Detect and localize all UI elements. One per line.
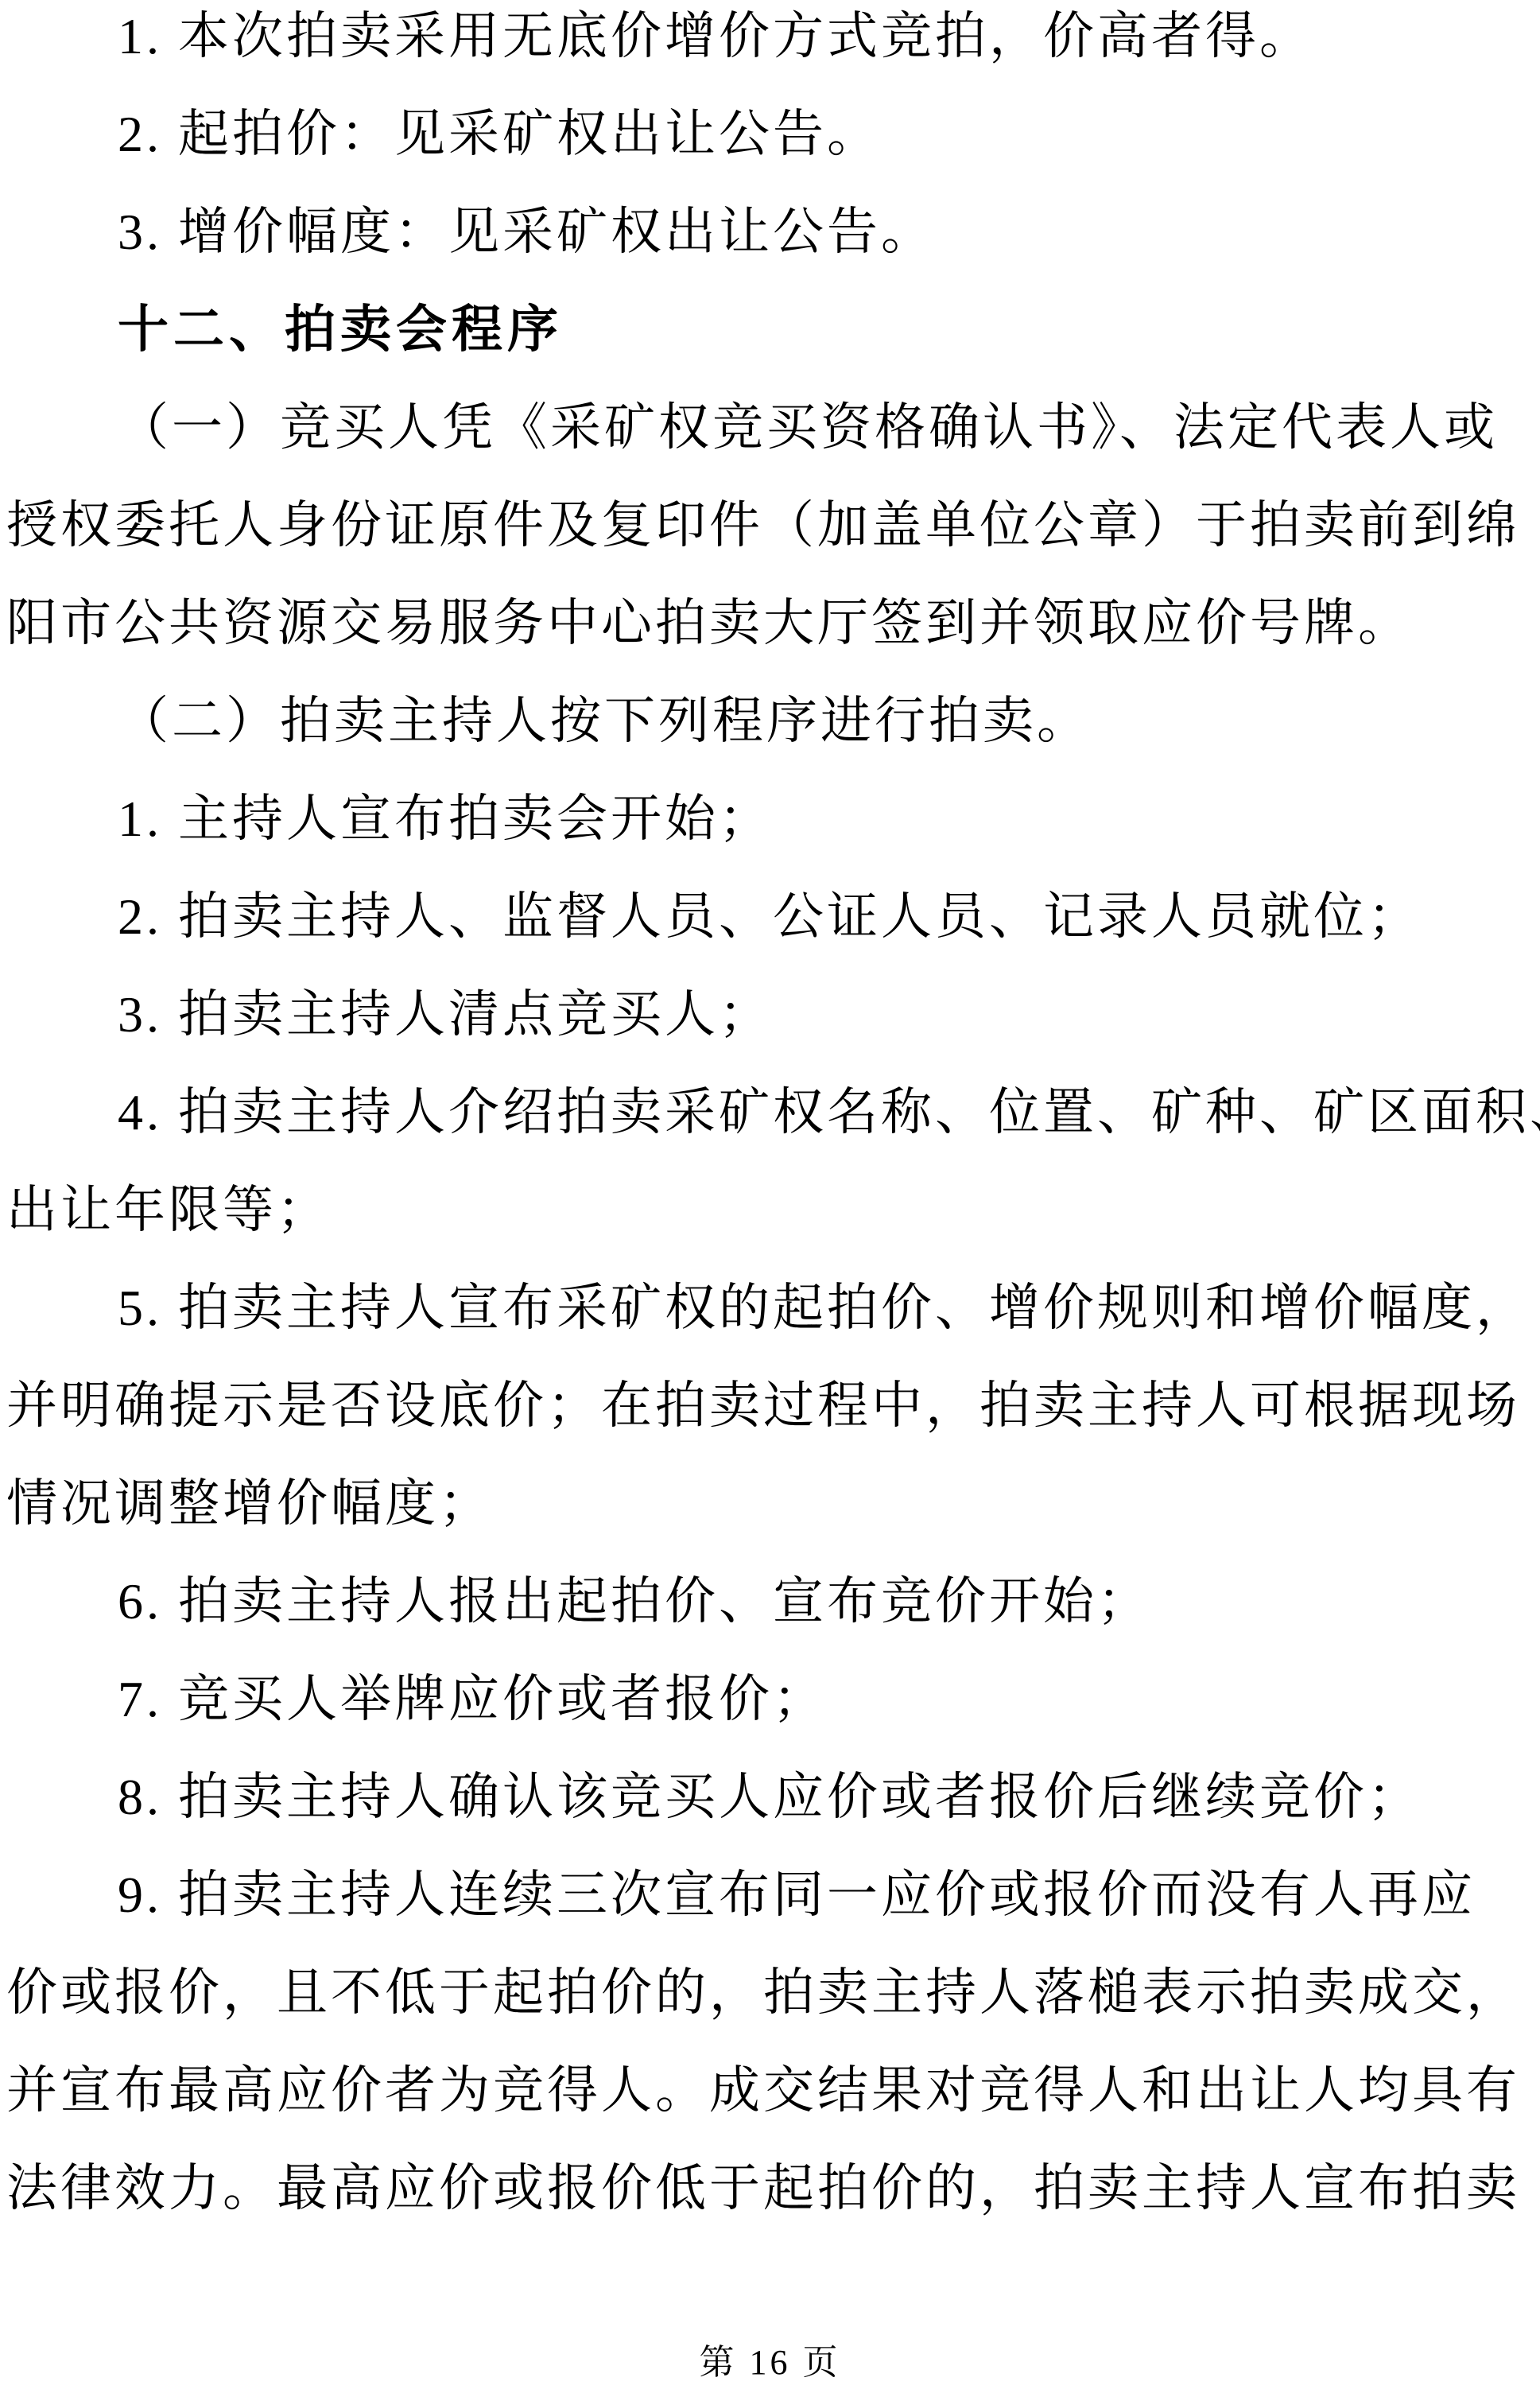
paragraph-continuation-line: 授权委托人身份证原件及复印件（加盖单位公章）于拍卖前到绵 (6, 476, 1540, 574)
document-body: 1. 本次拍卖采用无底价增价方式竞拍，价高者得。 2. 起拍价：见采矿权出让公告… (6, 0, 1540, 2237)
numbered-item-line: 2. 拍卖主持人、监督人员、公证人员、记录人员就位； (6, 868, 1540, 965)
numbered-item-line: 1. 主持人宣布拍卖会开始； (6, 770, 1540, 868)
section-heading: 十二、拍卖会程序 (6, 281, 1540, 379)
paragraph-continuation-line: 并明确提示是否设底价；在拍卖过程中，拍卖主持人可根据现场 (6, 1357, 1540, 1455)
numbered-item-line: 5. 拍卖主持人宣布采矿权的起拍价、增价规则和增价幅度， (6, 1259, 1540, 1357)
numbered-item-line: 7. 竞买人举牌应价或者报价； (6, 1650, 1540, 1748)
document-page: 1. 本次拍卖采用无底价增价方式竞拍，价高者得。 2. 起拍价：见采矿权出让公告… (0, 0, 1540, 2393)
paragraph-continuation-line: 价或报价，且不低于起拍价的，拍卖主持人落槌表示拍卖成交， (6, 1944, 1540, 2041)
numbered-item-line: 1. 本次拍卖采用无底价增价方式竞拍，价高者得。 (6, 0, 1540, 85)
paragraph-continuation-line: 情况调整增价幅度； (6, 1455, 1540, 1552)
page-footer: 第 16 页 (0, 2341, 1540, 2384)
paragraph-continuation-line: 法律效力。最高应价或报价低于起拍价的，拍卖主持人宣布拍卖 (6, 2139, 1540, 2237)
numbered-item-line: 4. 拍卖主持人介绍拍卖采矿权名称、位置、矿种、矿区面积、 (6, 1063, 1540, 1161)
page-number: 第 16 页 (700, 2343, 841, 2382)
numbered-item-line: 2. 起拍价：见采矿权出让公告。 (6, 85, 1540, 183)
paragraph-continuation-line: 阳市公共资源交易服务中心拍卖大厅签到并领取应价号牌。 (6, 574, 1540, 672)
paragraph-first-line: （一）竞买人凭《采矿权竞买资格确认书》、法定代表人或 (6, 379, 1540, 476)
numbered-item-line: 6. 拍卖主持人报出起拍价、宣布竞价开始； (6, 1552, 1540, 1650)
numbered-item-line: 3. 拍卖主持人清点竞买人； (6, 965, 1540, 1063)
numbered-item-line: 9. 拍卖主持人连续三次宣布同一应价或报价而没有人再应 (6, 1846, 1540, 1944)
paragraph-continuation-line: 并宣布最高应价者为竞得人。成交结果对竞得人和出让人均具有 (6, 2041, 1540, 2139)
numbered-item-line: 8. 拍卖主持人确认该竞买人应价或者报价后继续竞价； (6, 1748, 1540, 1846)
numbered-item-line: 3. 增价幅度：见采矿权出让公告。 (6, 183, 1540, 281)
paragraph-first-line: （二）拍卖主持人按下列程序进行拍卖。 (6, 672, 1540, 770)
paragraph-continuation-line: 出让年限等； (6, 1161, 1540, 1259)
